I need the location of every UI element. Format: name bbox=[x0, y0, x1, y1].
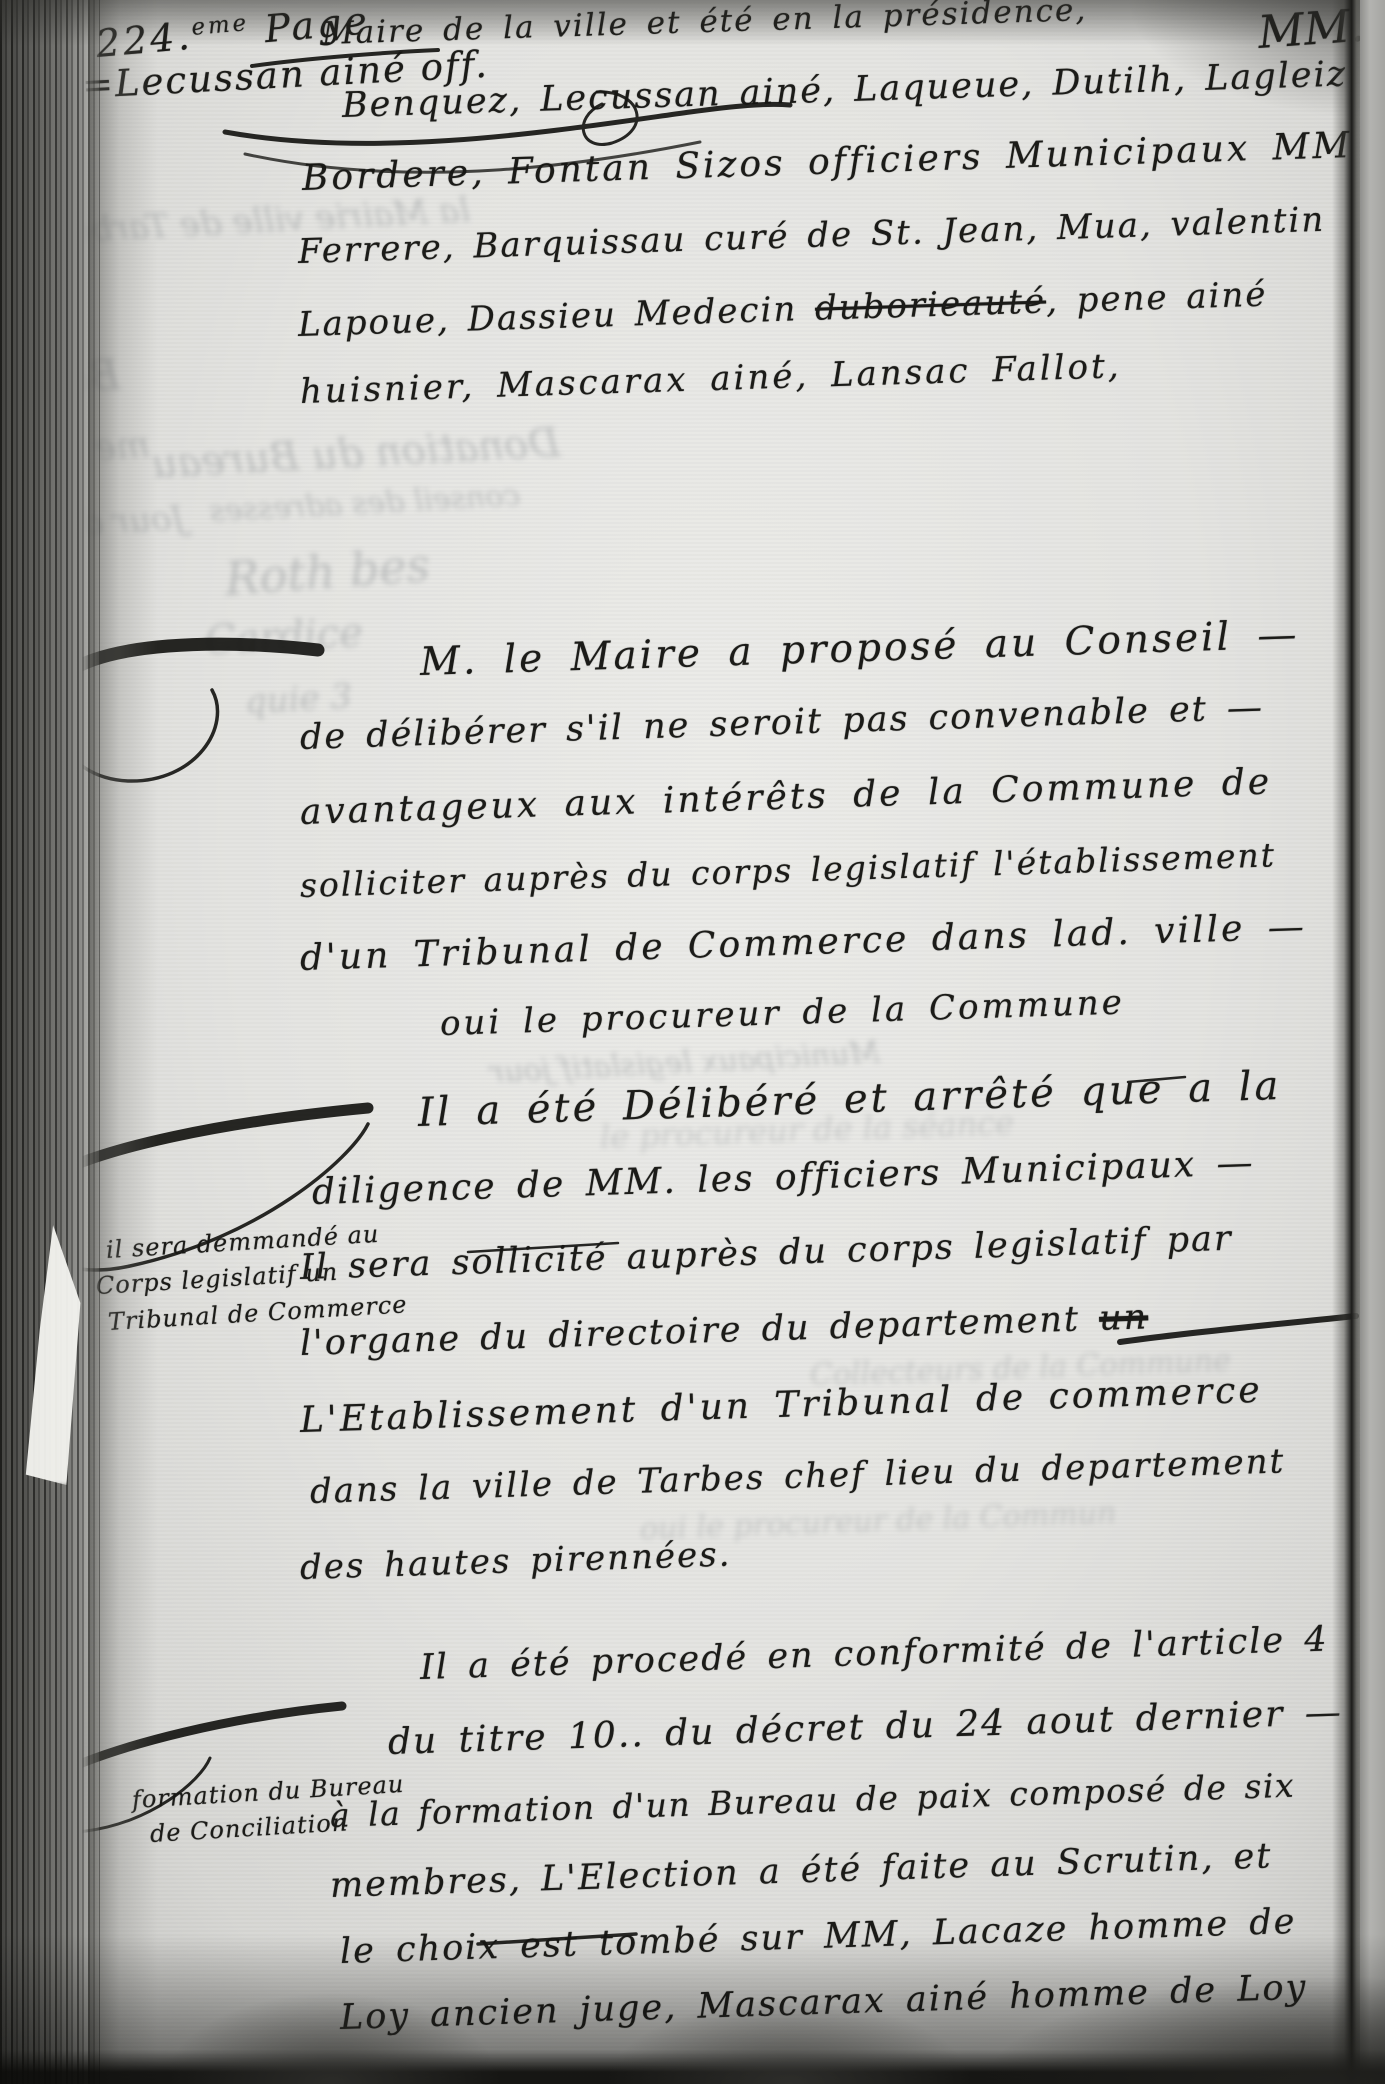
body-line: dans la ville de Tarbes chef lieu du dep… bbox=[309, 1441, 1285, 1512]
body-line: à la formation d'un Bureau de paix compo… bbox=[329, 1766, 1295, 1835]
next-page-sliver bbox=[1360, 0, 1385, 2084]
book-spine-shadow bbox=[88, 0, 158, 2084]
attendance-line: Bordere, Fontan Sizos officiers Municipa… bbox=[301, 125, 1353, 199]
attendance-line: huisnier, Mascarax ainé, Lansac Fallot, bbox=[299, 346, 1122, 412]
struck-word: duborieauté bbox=[814, 282, 1046, 329]
body-line: Il sera sollicité auprès du corps legisl… bbox=[299, 1219, 1233, 1288]
scan-bottom-shadow bbox=[0, 1864, 1385, 2084]
bleed-through-text: quie 3 bbox=[244, 676, 353, 722]
body-line: de délibérer s'il ne seroit pas convenab… bbox=[299, 688, 1264, 758]
attendance-line4-pre: Lapoue, Dassieu Medecin bbox=[297, 289, 815, 345]
struck-word: un bbox=[1098, 1297, 1148, 1339]
body-line: L'Etablissement d'un Tribunal de commerc… bbox=[299, 1370, 1263, 1441]
manuscript-scan: Bayonne grange lu me les Beguey chee Jou… bbox=[0, 0, 1385, 2084]
margin-note-line: de Conciliation bbox=[149, 1808, 349, 1848]
body-line: oui le procureur de la Commune bbox=[439, 982, 1125, 1044]
attendance-line4-post: , pene ainé bbox=[1045, 275, 1268, 322]
body-line: solliciter auprès du corps legislatif l'… bbox=[299, 835, 1276, 905]
body-line: Il a été procedé en conformité de l'arti… bbox=[419, 1619, 1329, 1688]
bleed-through-text: Roth bes bbox=[223, 538, 432, 606]
body-line: des hautes pirennées. bbox=[299, 1534, 732, 1588]
attendance-line: Lapoue, Dassieu Medecin duborieauté, pen… bbox=[297, 275, 1268, 345]
bleed-through-text: conseil des adresses bbox=[208, 478, 520, 529]
body-line: M. le Maire a proposé au Conseil — bbox=[419, 612, 1300, 685]
body-line: du titre 10.. du décret du 24 aout derni… bbox=[387, 1692, 1343, 1763]
bleed-through-text: Cardice bbox=[204, 610, 364, 664]
body-line: avantageux aux intérêts de la Commune de bbox=[299, 761, 1272, 833]
body-line: diligence de MM. les officiers Municipau… bbox=[311, 1142, 1255, 1213]
book-spine bbox=[0, 0, 100, 2084]
body-line: d'un Tribunal de Commerce dans lad. vill… bbox=[299, 906, 1307, 979]
bleed-through-text: Donation du Bureau bbox=[151, 420, 562, 487]
